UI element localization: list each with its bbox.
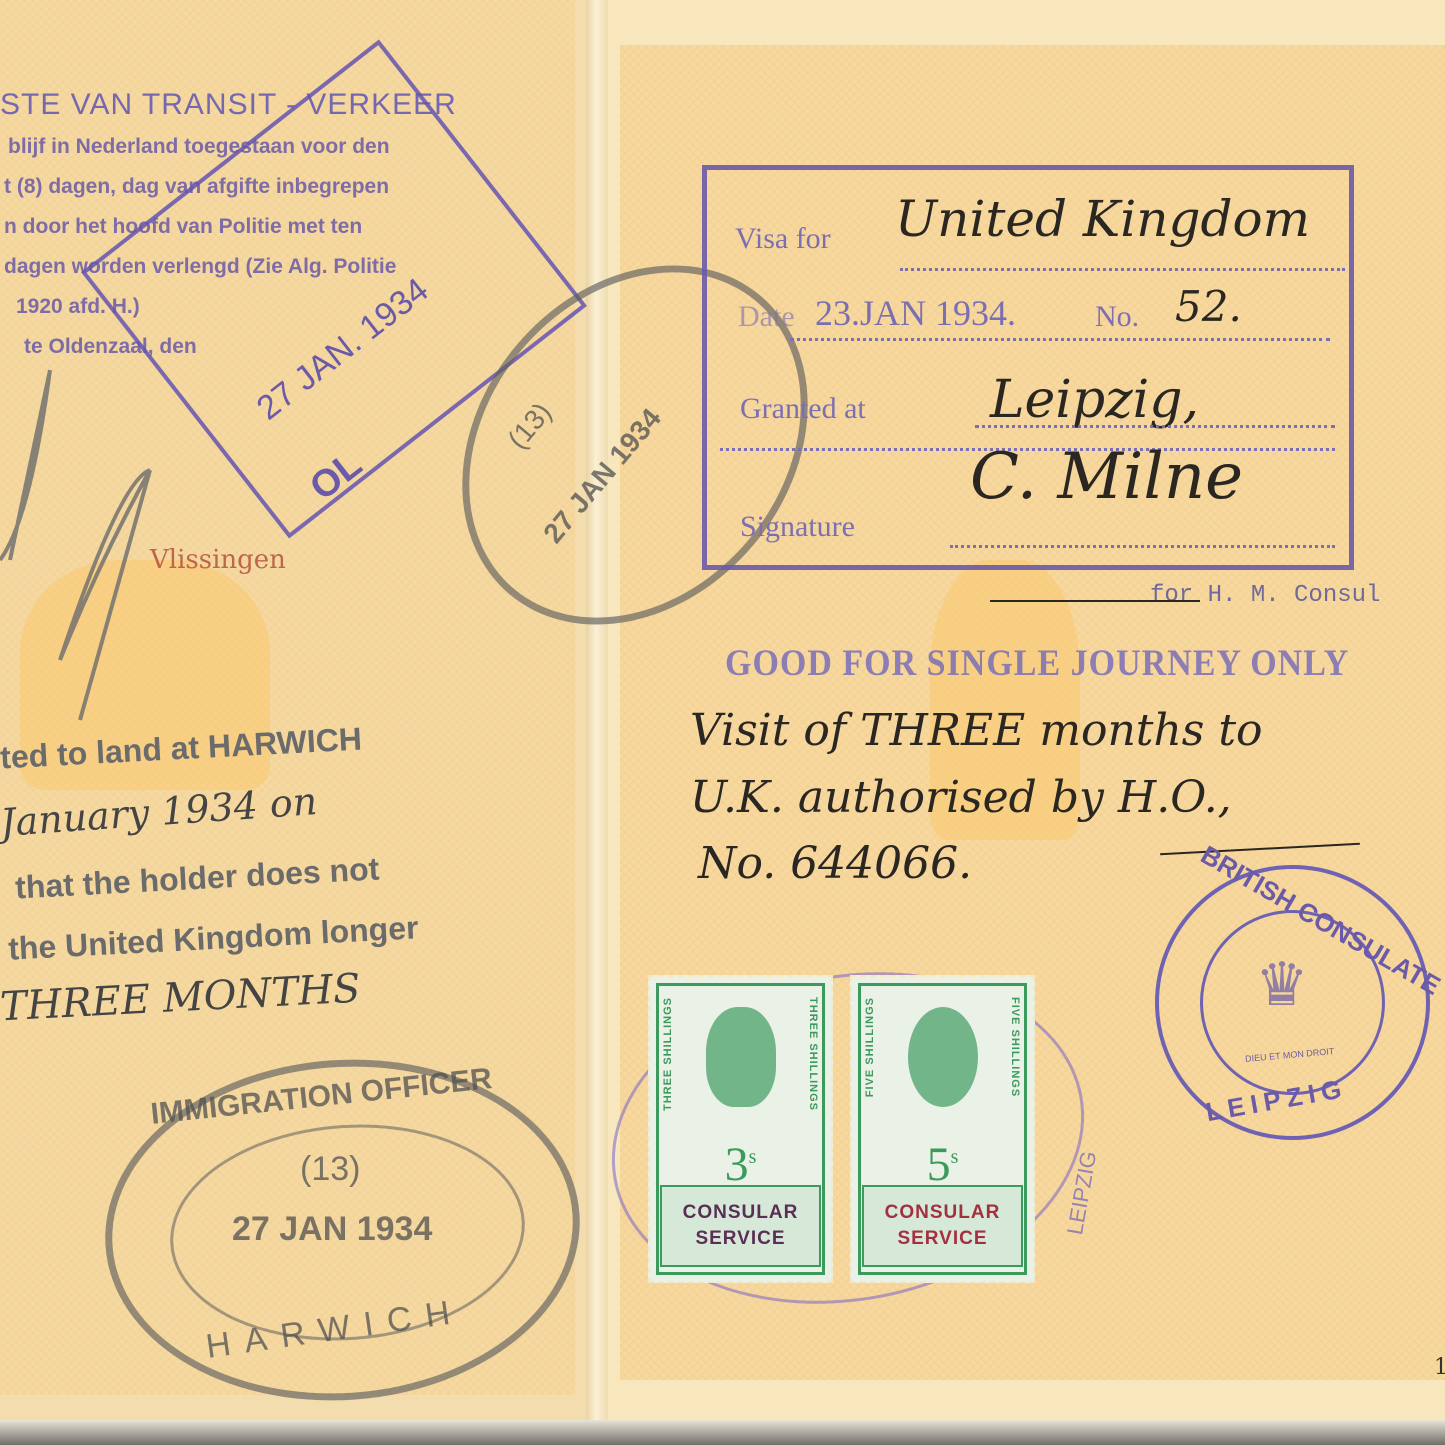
king-portrait-icon: [908, 1007, 978, 1107]
revenue-stamp-three-shillings: THREE SHILLINGS THREE SHILLINGS 3s CONSU…: [648, 975, 833, 1283]
visa-signature-underline: [950, 545, 1335, 548]
stamp-label: CONSULAR: [683, 1200, 799, 1226]
visa-for-value: United Kingdom: [895, 190, 1310, 248]
page-number: 1: [1434, 1355, 1445, 1380]
book-gutter: [586, 0, 608, 1420]
visa-date-value: 23.JAN 1934.: [815, 292, 1016, 334]
visa-date-label: Date: [738, 300, 795, 334]
visa-granted-underline: [975, 425, 1335, 428]
visa-signature-value: C. Milne: [970, 440, 1243, 514]
royal-coat-of-arms-icon: ♛: [1255, 950, 1309, 1020]
stamp-value: 5s: [852, 1137, 1033, 1192]
consul-strike-line: [990, 600, 1200, 602]
immigration-oval-date: 27 JAN 1934: [232, 1210, 432, 1249]
revenue-stamp-five-shillings: FIVE SHILLINGS FIVE SHILLINGS 5s CONSULA…: [850, 975, 1035, 1283]
pencil-scribble: [0, 360, 180, 740]
cover-edge: [0, 1420, 1445, 1445]
stamp-value-unit: s: [951, 1146, 959, 1168]
visa-no-value: 52.: [1175, 282, 1242, 331]
visa-no-label: No.: [1095, 300, 1139, 334]
stamp-value-number: 3: [725, 1138, 749, 1191]
stamp-value-number: 5: [927, 1138, 951, 1191]
immigration-oval-number: (13): [300, 1150, 360, 1189]
stamp-value: 3s: [650, 1137, 831, 1192]
handwritten-note-line: No. 644066.: [698, 838, 972, 889]
visa-granted-value: Leipzig,: [990, 370, 1199, 430]
stamp-label-panel: CONSULAR SERVICE: [862, 1185, 1023, 1267]
stamp-label: CONSULAR: [885, 1200, 1001, 1226]
stamp-label: SERVICE: [695, 1226, 785, 1252]
stamp-side-text: THREE SHILLINGS: [807, 997, 819, 1111]
single-journey-stamp: GOOD FOR SINGLE JOURNEY ONLY: [725, 643, 1349, 685]
handwritten-note-line: Visit of THREE months to: [690, 705, 1263, 756]
king-portrait-icon: [706, 1007, 776, 1107]
stamp-label-panel: CONSULAR SERVICE: [660, 1185, 821, 1267]
stamp-side-text: FIVE SHILLINGS: [864, 997, 876, 1097]
visa-signature-label: Signature: [740, 510, 855, 544]
stamp-side-text: THREE SHILLINGS: [662, 997, 674, 1111]
visa-for-underline: [900, 268, 1345, 271]
stamp-side-text: FIVE SHILLINGS: [1009, 997, 1021, 1097]
visa-granted-label: Granted at: [740, 392, 866, 426]
stamp-value-unit: s: [749, 1146, 757, 1168]
stamp-label: SERVICE: [897, 1226, 987, 1252]
visa-for-label: Visa for: [735, 222, 831, 256]
consul-line: for H. M. Consul: [1150, 582, 1380, 609]
handwritten-note-line: U.K. authorised by H.O.,: [690, 772, 1232, 823]
visa-date-underline: [790, 338, 1330, 341]
